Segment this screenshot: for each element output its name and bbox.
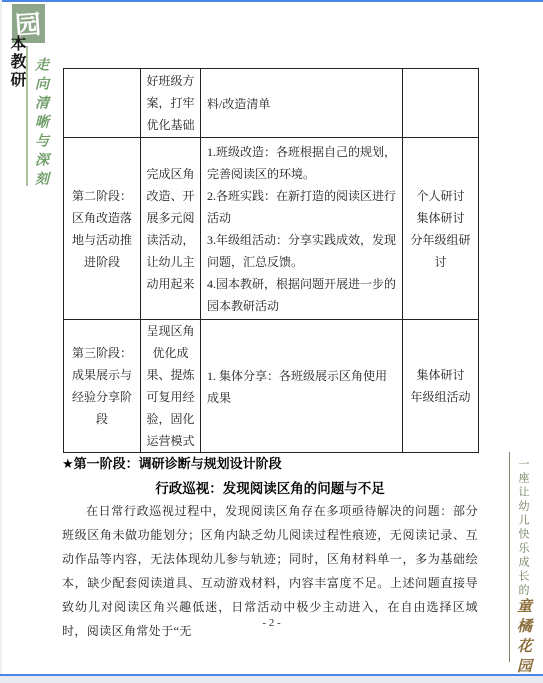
method-cell: 集体研讨 年级组活动 [403, 320, 479, 453]
content-cell: 1. 集体分享：各班级展示区角使用成果 [201, 320, 403, 453]
left-slogan-text: 走向清晰与深刻 [30, 57, 50, 190]
stage-cell: 第三阶段：成果展示与经验分享阶段 [64, 320, 141, 453]
content-cell: 料/改造清单 [201, 69, 403, 138]
stage-plan-table: 好班级方案，打牢优化基础 料/改造清单 第二阶段：区角改造落地与活动推进阶段 完… [63, 68, 479, 453]
right-slogan-prefix: 一座让幼儿快乐成长的 [517, 458, 529, 598]
left-page-edge [0, 0, 2, 674]
left-slogan-divider [26, 46, 28, 186]
page-number: - 2 - [0, 617, 543, 629]
bottom-page-gap [0, 676, 543, 683]
section-subheading: 行政巡视：发现阅读区角的问题与不足 [62, 477, 478, 497]
brand-name: 童橘花园 [515, 598, 531, 678]
stage-cell [64, 69, 141, 138]
right-slogan-divider [509, 452, 510, 662]
stage-heading: ★第一阶段：调研诊断与规划设计阶段 [62, 453, 478, 472]
goal-cell: 好班级方案，打牢优化基础 [141, 69, 201, 138]
table-row: 第三阶段：成果展示与经验分享阶段 呈现区角优化成果、提炼可复用经验，固化运营模式… [64, 320, 479, 453]
table-row: 好班级方案，打牢优化基础 料/改造清单 [64, 69, 479, 138]
goal-cell: 完成区角改造、开展多元阅读活动，让幼儿主动用起来 [141, 138, 201, 320]
goal-cell: 呈现区角优化成果、提炼可复用经验，固化运营模式 [141, 320, 201, 453]
stage-cell: 第二阶段：区角改造落地与活动推进阶段 [64, 138, 141, 320]
logo-caption-vertical: 本教研 [5, 35, 28, 89]
method-cell [403, 69, 479, 138]
method-cell: 个人研讨 集体研讨 分年级组研讨 [403, 138, 479, 320]
content-cell: 1.班级改造：各班根据自己的规划，完善阅读区的环境。 2.各班实践：在新打造的阅… [201, 138, 403, 320]
table-row: 第二阶段：区角改造落地与活动推进阶段 完成区角改造、开展多元阅读活动，让幼儿主动… [64, 138, 479, 320]
right-slogan-text: 一座让幼儿快乐成长的童橘花园 [513, 458, 534, 678]
top-border-line [0, 0, 543, 2]
